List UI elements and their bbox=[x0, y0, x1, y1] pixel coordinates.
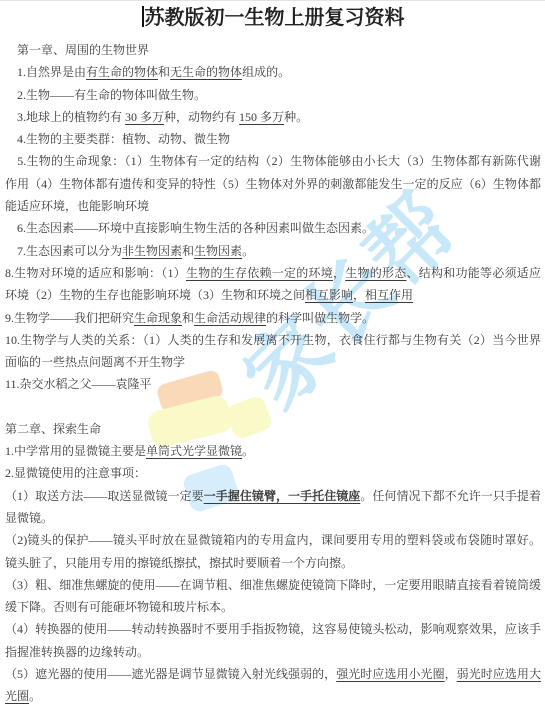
document-content: 苏教版初一生物上册复习资料 第一章、周围的生物世界 1.自然界是由有生命的物体和… bbox=[0, 1, 545, 708]
text-run: （2)镜头的保护——镜头平时放在显微镜箱内的专用盒内，课间要用专用的塑料袋或布袋… bbox=[5, 533, 541, 569]
underlined-text: 生物的生存依赖一定的环境 bbox=[186, 266, 333, 280]
paragraph: 1.自然界是由有生命的物体和无生命的物体组成的。 bbox=[5, 61, 541, 83]
text-run: 种，动物约有 bbox=[164, 110, 239, 124]
document-page[interactable]: 家长帮 苏教版初一生物上册复习资料 第一章、周围的生物世界 1.自然界是由有生命… bbox=[0, 1, 545, 711]
underlined-text: 一手握住镜臂，一手托住镜座 bbox=[204, 489, 361, 503]
underlined-text: 30 多万 bbox=[125, 110, 164, 124]
text-run: 1.中学常用的显微镜主要是 bbox=[5, 444, 146, 458]
underlined-text: 生物因素 bbox=[194, 244, 242, 258]
underlined-text: 有生命的物体 bbox=[86, 65, 158, 79]
underlined-text: 相互影响 bbox=[305, 288, 353, 302]
text-run: 9.生物学——我们把研究 bbox=[5, 311, 134, 325]
paragraph: （1）取送方法——取送显微镜一定要一手握住镜臂，一手托住镜座。任何情况下都不允许… bbox=[5, 485, 541, 530]
text-cursor bbox=[142, 6, 144, 27]
page-title: 苏教版初一生物上册复习资料 bbox=[5, 1, 541, 32]
text-run: ， bbox=[445, 667, 457, 681]
text-run: 。 bbox=[242, 244, 254, 258]
paragraph: 2.显微镜使用的注意事项： bbox=[5, 462, 541, 484]
underlined-text: 生命活动规律 bbox=[194, 311, 266, 325]
text-run: 7.生态因素可以分为 bbox=[5, 244, 122, 258]
paragraph: 3.地球上的植物约有 30 多万种，动物约有 150 多万种。 bbox=[5, 106, 541, 128]
paragraph: （3）粗、细准焦螺旋的使用——在调节粗、细准焦螺旋使镜筒下降时，一定要用眼睛直接… bbox=[5, 574, 541, 619]
text-run: （3）粗、细准焦螺旋的使用——在调节粗、细准焦螺旋使镜筒下降时，一定要用眼睛直接… bbox=[5, 578, 541, 614]
section-1: 第一章、周围的生物世界 1.自然界是由有生命的物体和无生命的物体组成的。 2.生… bbox=[5, 39, 541, 396]
paragraph: 9.生物学——我们把研究生命现象和生命活动规律的科学叫做生物学。 bbox=[5, 307, 541, 329]
text-run: 4.生物的主要类群：植物、动物、微生物 bbox=[5, 132, 230, 146]
paragraph: （2)镜头的保护——镜头平时放在显微镜箱内的专用盒内，课间要用专用的塑料袋或布袋… bbox=[5, 529, 541, 574]
text-run: 10.生物学与人类的关系：（1）人类的生存和发展离不开生物，衣食住行都与生物有关… bbox=[5, 333, 541, 369]
page-title-text: 苏教版初一生物上册复习资料 bbox=[145, 7, 405, 29]
text-run: 2.显微镜使用的注意事项： bbox=[5, 466, 146, 480]
text-run: （1）取送方法——取送显微镜一定要 bbox=[5, 489, 204, 503]
paragraph: （4）转换器的使用——转动转换器时不要用手指扳物镜，这容易使镜头松动，影响观察效… bbox=[5, 618, 541, 663]
section-2: 第二章、探索生命1.中学常用的显微镜主要是单筒式光学显微镜。2.显微镜使用的注意… bbox=[5, 418, 541, 708]
paragraph: 5.生物的生命现象：（1）生物体有一定的结构（2）生物体能够由小长大（3）生物体… bbox=[5, 150, 541, 217]
text-run: 1.自然界是由 bbox=[5, 65, 86, 79]
text-run: 和 bbox=[158, 65, 170, 79]
paragraph: 4.生物的主要类群：植物、动物、微生物 bbox=[5, 128, 541, 150]
underlined-text: 150 多万 bbox=[239, 110, 284, 124]
text-run: 。 bbox=[29, 689, 41, 703]
text-run: 2.生物——有生命的物体叫做生物。 bbox=[5, 88, 206, 102]
text-run: 5.生物的生命现象：（1）生物体有一定的结构（2）生物体能够由小长大（3）生物体… bbox=[5, 154, 541, 213]
text-run: 和 bbox=[182, 244, 194, 258]
section-heading: 第二章、探索生命 bbox=[5, 418, 541, 440]
text-run: 组成的。 bbox=[242, 65, 290, 79]
text-run: 8.生物对环境的适应和影响：（1） bbox=[5, 266, 186, 280]
section-heading: 第一章、周围的生物世界 bbox=[5, 39, 541, 61]
text-run: 和 bbox=[182, 311, 194, 325]
text-run: 的科学叫做生物学。 bbox=[266, 311, 374, 325]
paragraph: 6.生态因素——环境中直接影响生物生活的各种因素叫做生态因素。 bbox=[5, 217, 541, 239]
paragraph: 1.中学常用的显微镜主要是单筒式光学显微镜。 bbox=[5, 440, 541, 462]
paragraph: 7.生态因素可以分为非生物因素和生物因素。 bbox=[5, 240, 541, 262]
text-run: （4）转换器的使用——转动转换器时不要用手指扳物镜，这容易使镜头松动，影响观察效… bbox=[5, 622, 541, 658]
text-run: 。 bbox=[242, 444, 254, 458]
underlined-text: 生命现象 bbox=[134, 311, 182, 325]
text-run: 种。 bbox=[284, 110, 308, 124]
text-run: ， bbox=[353, 288, 365, 302]
underlined-text: 单筒式光学显微镜 bbox=[146, 444, 242, 458]
text-run: ， bbox=[333, 266, 345, 280]
paragraph: （5）遮光器的使用——遮光器是调节显微镜入射光线强弱的，强光时应选用小光圈，弱光… bbox=[5, 663, 541, 708]
text-run: 6.生态因素——环境中直接影响生物生活的各种因素叫做生态因素。 bbox=[5, 221, 374, 235]
document-body: 第一章、周围的生物世界 1.自然界是由有生命的物体和无生命的物体组成的。 2.生… bbox=[5, 39, 541, 708]
underlined-text: 生物的形态 bbox=[345, 266, 406, 280]
paragraph: 8.生物对环境的适应和影响：（1）生物的生存依赖一定的环境，生物的形态、结构和功… bbox=[5, 262, 541, 307]
underlined-text: 相互作用 bbox=[365, 288, 413, 302]
paragraph: 10.生物学与人类的关系：（1）人类的生存和发展离不开生物，衣食住行都与生物有关… bbox=[5, 329, 541, 374]
text-run: 11.杂交水稻之父——袁隆平 bbox=[5, 377, 152, 391]
underlined-text: 非生物因素 bbox=[122, 244, 182, 258]
underlined-text: 强光时应选用小光圈 bbox=[336, 667, 444, 681]
underlined-text: 无生命的物体 bbox=[170, 65, 242, 79]
paragraph: 11.杂交水稻之父——袁隆平 bbox=[5, 373, 541, 395]
text-run: 3.地球上的植物约有 bbox=[5, 110, 125, 124]
paragraph: 2.生物——有生命的物体叫做生物。 bbox=[5, 84, 541, 106]
text-run: （5）遮光器的使用——遮光器是调节显微镜入射光线强弱的， bbox=[5, 667, 336, 681]
